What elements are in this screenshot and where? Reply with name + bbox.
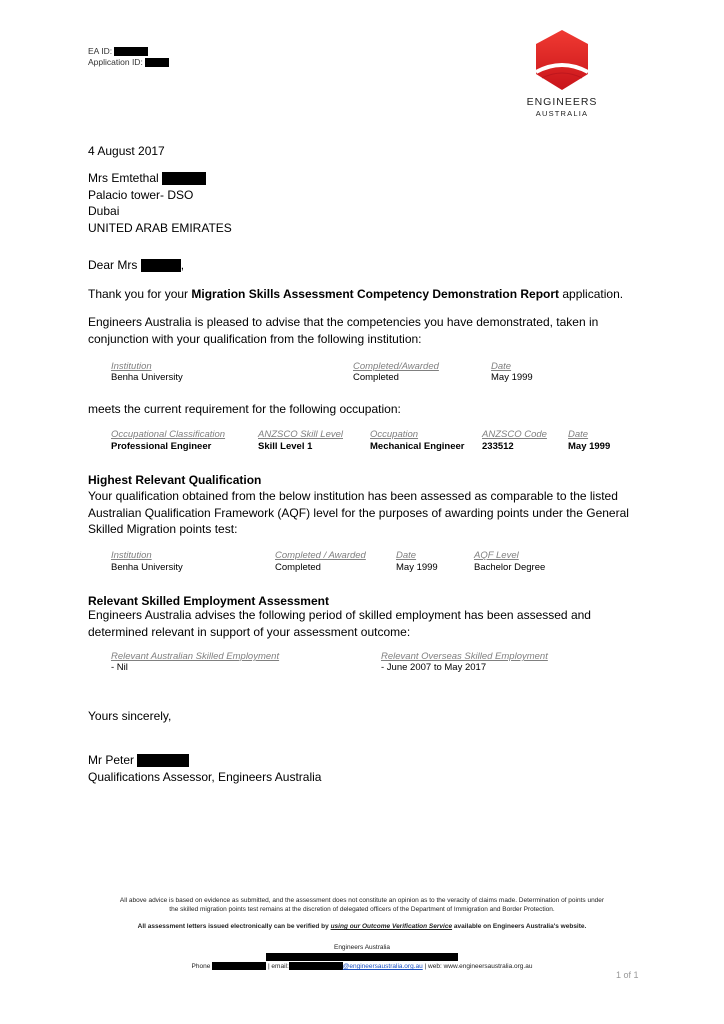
- letter-date: 4 August 2017: [88, 143, 165, 160]
- qualification-heading: Highest Relevant Qualification: [88, 472, 261, 489]
- logo-text-australia: AUSTRALIA: [522, 109, 602, 118]
- col-header-aqf-level: AQF Level: [474, 550, 519, 561]
- address-line-1: Palacio tower- DSO: [88, 187, 232, 204]
- col-header-institution: Institution: [111, 550, 152, 561]
- qual-institution-value: Benha University: [111, 562, 183, 574]
- disclaimer-line-1: All above advice is based on evidence as…: [62, 896, 662, 905]
- qual-completed-value: Completed: [275, 562, 321, 574]
- address-line-3: UNITED ARAB EMIRATES: [88, 220, 232, 237]
- australian-employment-value: - Nil: [111, 662, 128, 674]
- redacted-address: [266, 953, 458, 961]
- signatory-name: Mr Peter: [88, 753, 134, 767]
- classification-value: Professional Engineer: [111, 441, 211, 453]
- email-link[interactable]: @engineersaustralia.org.au: [343, 963, 423, 970]
- institution-value: Benha University: [111, 372, 183, 384]
- qualification-line-1: Your qualification obtained from the bel…: [88, 488, 629, 505]
- date-value: May 1999: [491, 372, 533, 384]
- redacted-application-id: [145, 58, 169, 67]
- qualification-line-2: Australian Qualification Framework (AQF)…: [88, 505, 629, 522]
- address-line-2: Dubai: [88, 203, 232, 220]
- footer-verification: All assessment letters issued electronic…: [62, 922, 662, 931]
- meets-requirement-text: meets the current requirement for the fo…: [88, 401, 401, 418]
- closing: Yours sincerely,: [88, 708, 171, 725]
- signature-block: Mr Peter Qualifications Assessor, Engine…: [88, 752, 321, 785]
- employment-paragraph: Engineers Australia advises the followin…: [88, 607, 591, 640]
- recipient-address: Mrs Emtethal Palacio tower- DSO Dubai UN…: [88, 170, 232, 236]
- verify-post: available on Engineers Australia's websi…: [452, 923, 586, 930]
- salutation-text: Dear Mrs: [88, 258, 137, 272]
- occupation-value: Mechanical Engineer: [370, 441, 465, 453]
- disclaimer-line-2: the skilled migration points test remain…: [62, 905, 662, 914]
- salutation-comma: ,: [181, 258, 184, 272]
- application-id-label: Application ID:: [88, 57, 143, 67]
- redacted-signatory-surname: [137, 754, 189, 767]
- qual-date-value: May 1999: [396, 562, 438, 574]
- web-text: | web: www.engineersaustralia.org.au: [425, 963, 533, 970]
- redacted-email-user: [289, 962, 343, 970]
- employment-line-1: Engineers Australia advises the followin…: [88, 607, 591, 624]
- signatory-title: Qualifications Assessor, Engineers Austr…: [88, 769, 321, 786]
- col-header-date: Date: [568, 429, 588, 440]
- redacted-phone: [212, 962, 266, 970]
- intro-paragraph: Thank you for your Migration Skills Asse…: [88, 286, 623, 303]
- skill-level-value: Skill Level 1: [258, 441, 312, 453]
- anzsco-code-value: 233512: [482, 441, 514, 453]
- completed-value: Completed: [353, 372, 399, 384]
- outcome-verification-link[interactable]: using our Outcome Verification Service: [331, 923, 453, 930]
- qualification-line-3: Skilled Migration points test:: [88, 521, 629, 538]
- competency-line-2: conjunction with your qualification from…: [88, 331, 598, 348]
- col-header-classification: Occupational Classification: [111, 429, 225, 440]
- redacted-ea-id: [114, 47, 148, 56]
- verify-pre: All assessment letters issued electronic…: [138, 923, 331, 930]
- col-header-occupation: Occupation: [370, 429, 418, 440]
- salutation: Dear Mrs ,: [88, 257, 184, 274]
- footer-disclaimer: All above advice is based on evidence as…: [62, 896, 662, 914]
- employment-line-2: determined relevant in support of your a…: [88, 624, 591, 641]
- intro-pre: Thank you for your: [88, 287, 191, 301]
- logo-text-engineers: ENGINEERS: [522, 96, 602, 108]
- col-header-overseas-employment: Relevant Overseas Skilled Employment: [381, 651, 548, 662]
- engineers-australia-logo: ENGINEERS AUSTRALIA: [522, 28, 602, 118]
- footer-org-name: Engineers Australia: [62, 943, 662, 952]
- aqf-level-value: Bachelor Degree: [474, 562, 545, 574]
- intro-post: application.: [559, 287, 623, 301]
- col-header-anzsco-code: ANZSCO Code: [482, 429, 547, 440]
- application-ids: EA ID: Application ID:: [88, 46, 169, 68]
- ea-id-label: EA ID:: [88, 46, 112, 56]
- col-header-institution: Institution: [111, 361, 152, 372]
- overseas-employment-value: - June 2007 to May 2017: [381, 662, 486, 674]
- col-header-australian-employment: Relevant Australian Skilled Employment: [111, 651, 279, 662]
- page-indicator: 1 of 1: [616, 970, 639, 980]
- col-header-completed: Completed/Awarded: [353, 361, 439, 372]
- phone-label: Phone: [192, 963, 211, 970]
- col-header-date: Date: [396, 550, 416, 561]
- email-label: | email:: [268, 963, 289, 970]
- occupation-date-value: May 1999: [568, 441, 610, 453]
- competency-paragraph: Engineers Australia is pleased to advise…: [88, 314, 598, 347]
- recipient-name: Mrs Emtethal: [88, 171, 159, 185]
- qualification-paragraph: Your qualification obtained from the bel…: [88, 488, 629, 538]
- redacted-name: [141, 259, 181, 272]
- col-header-date: Date: [491, 361, 511, 372]
- col-header-skill-level: ANZSCO Skill Level: [258, 429, 343, 440]
- intro-report-type: Migration Skills Assessment Competency D…: [191, 287, 559, 301]
- hexagon-logo-icon: [534, 28, 590, 92]
- col-header-completed: Completed / Awarded: [275, 550, 366, 561]
- footer-contact: Phone | email:@engineersaustralia.org.au…: [62, 962, 662, 971]
- redacted-surname: [162, 172, 206, 185]
- competency-line-1: Engineers Australia is pleased to advise…: [88, 314, 598, 331]
